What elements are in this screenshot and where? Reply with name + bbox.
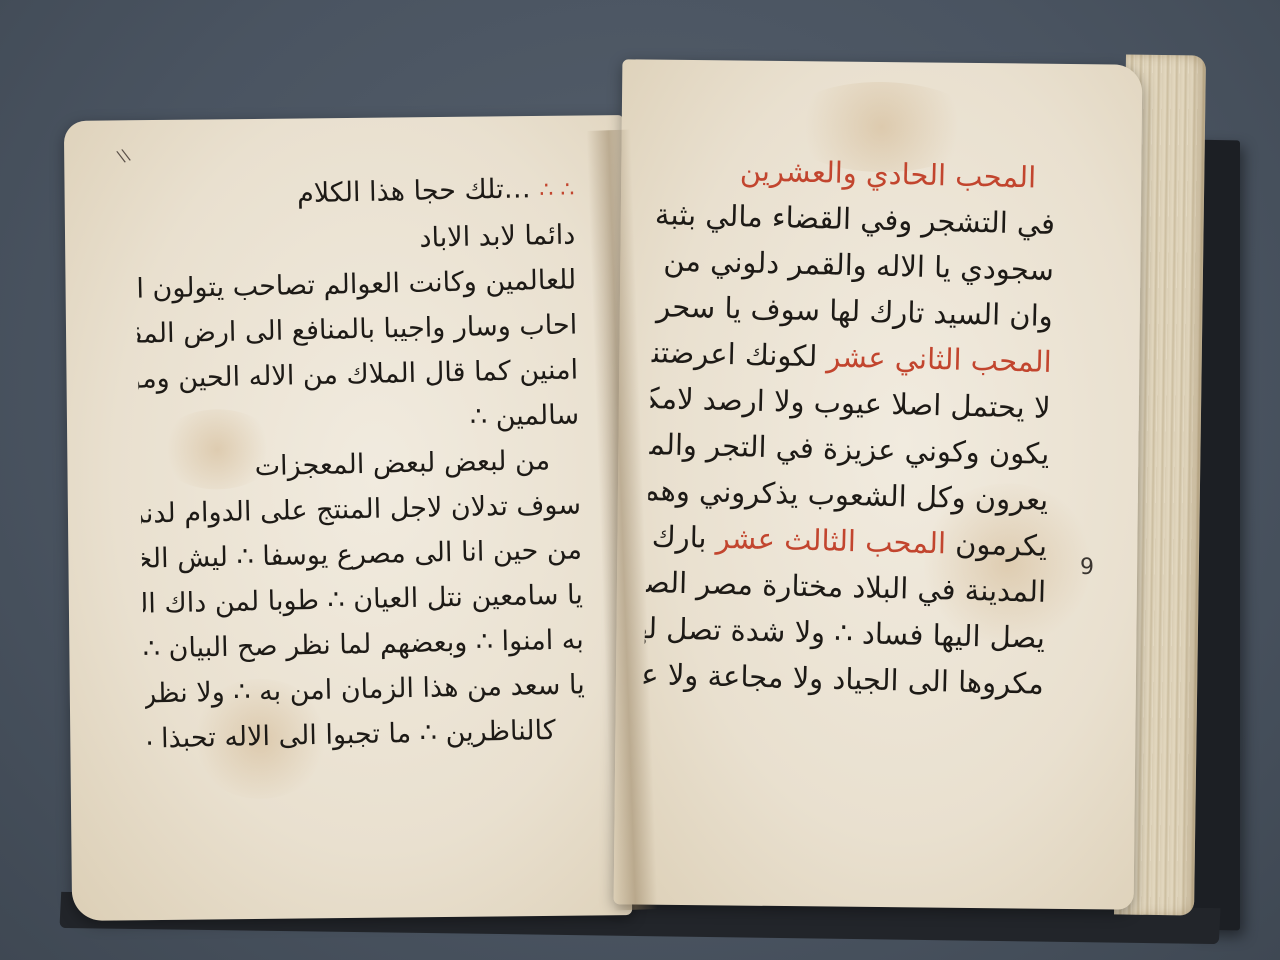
text-line: كالناظرين ∴ ما تجبوا الى الاله تحبذا ∴	[145, 707, 586, 761]
text-line: مكروها الى الجياد ولا مجاعة ولا علل دائم…	[643, 651, 1044, 707]
photo-scene: \\ ∴ ∴ …تلك حجا هذا الكلام دائما لابد ال…	[0, 0, 1280, 960]
text-line: به امنوا ∴ وبعضهم لما نظر صح البيان ∴	[143, 617, 584, 671]
right-page-text: المحب الحادي والعشرين في التشجر وفي القض…	[643, 145, 1056, 707]
rubric-heading: المحب الثالث عشر	[715, 521, 946, 561]
page-number: 9	[1080, 555, 1094, 580]
left-page-text: ∴ ∴ …تلك حجا هذا الكلام دائما لابد الابا…	[134, 165, 586, 761]
rubric-heading: المحب الثاني عشر	[826, 339, 1052, 378]
